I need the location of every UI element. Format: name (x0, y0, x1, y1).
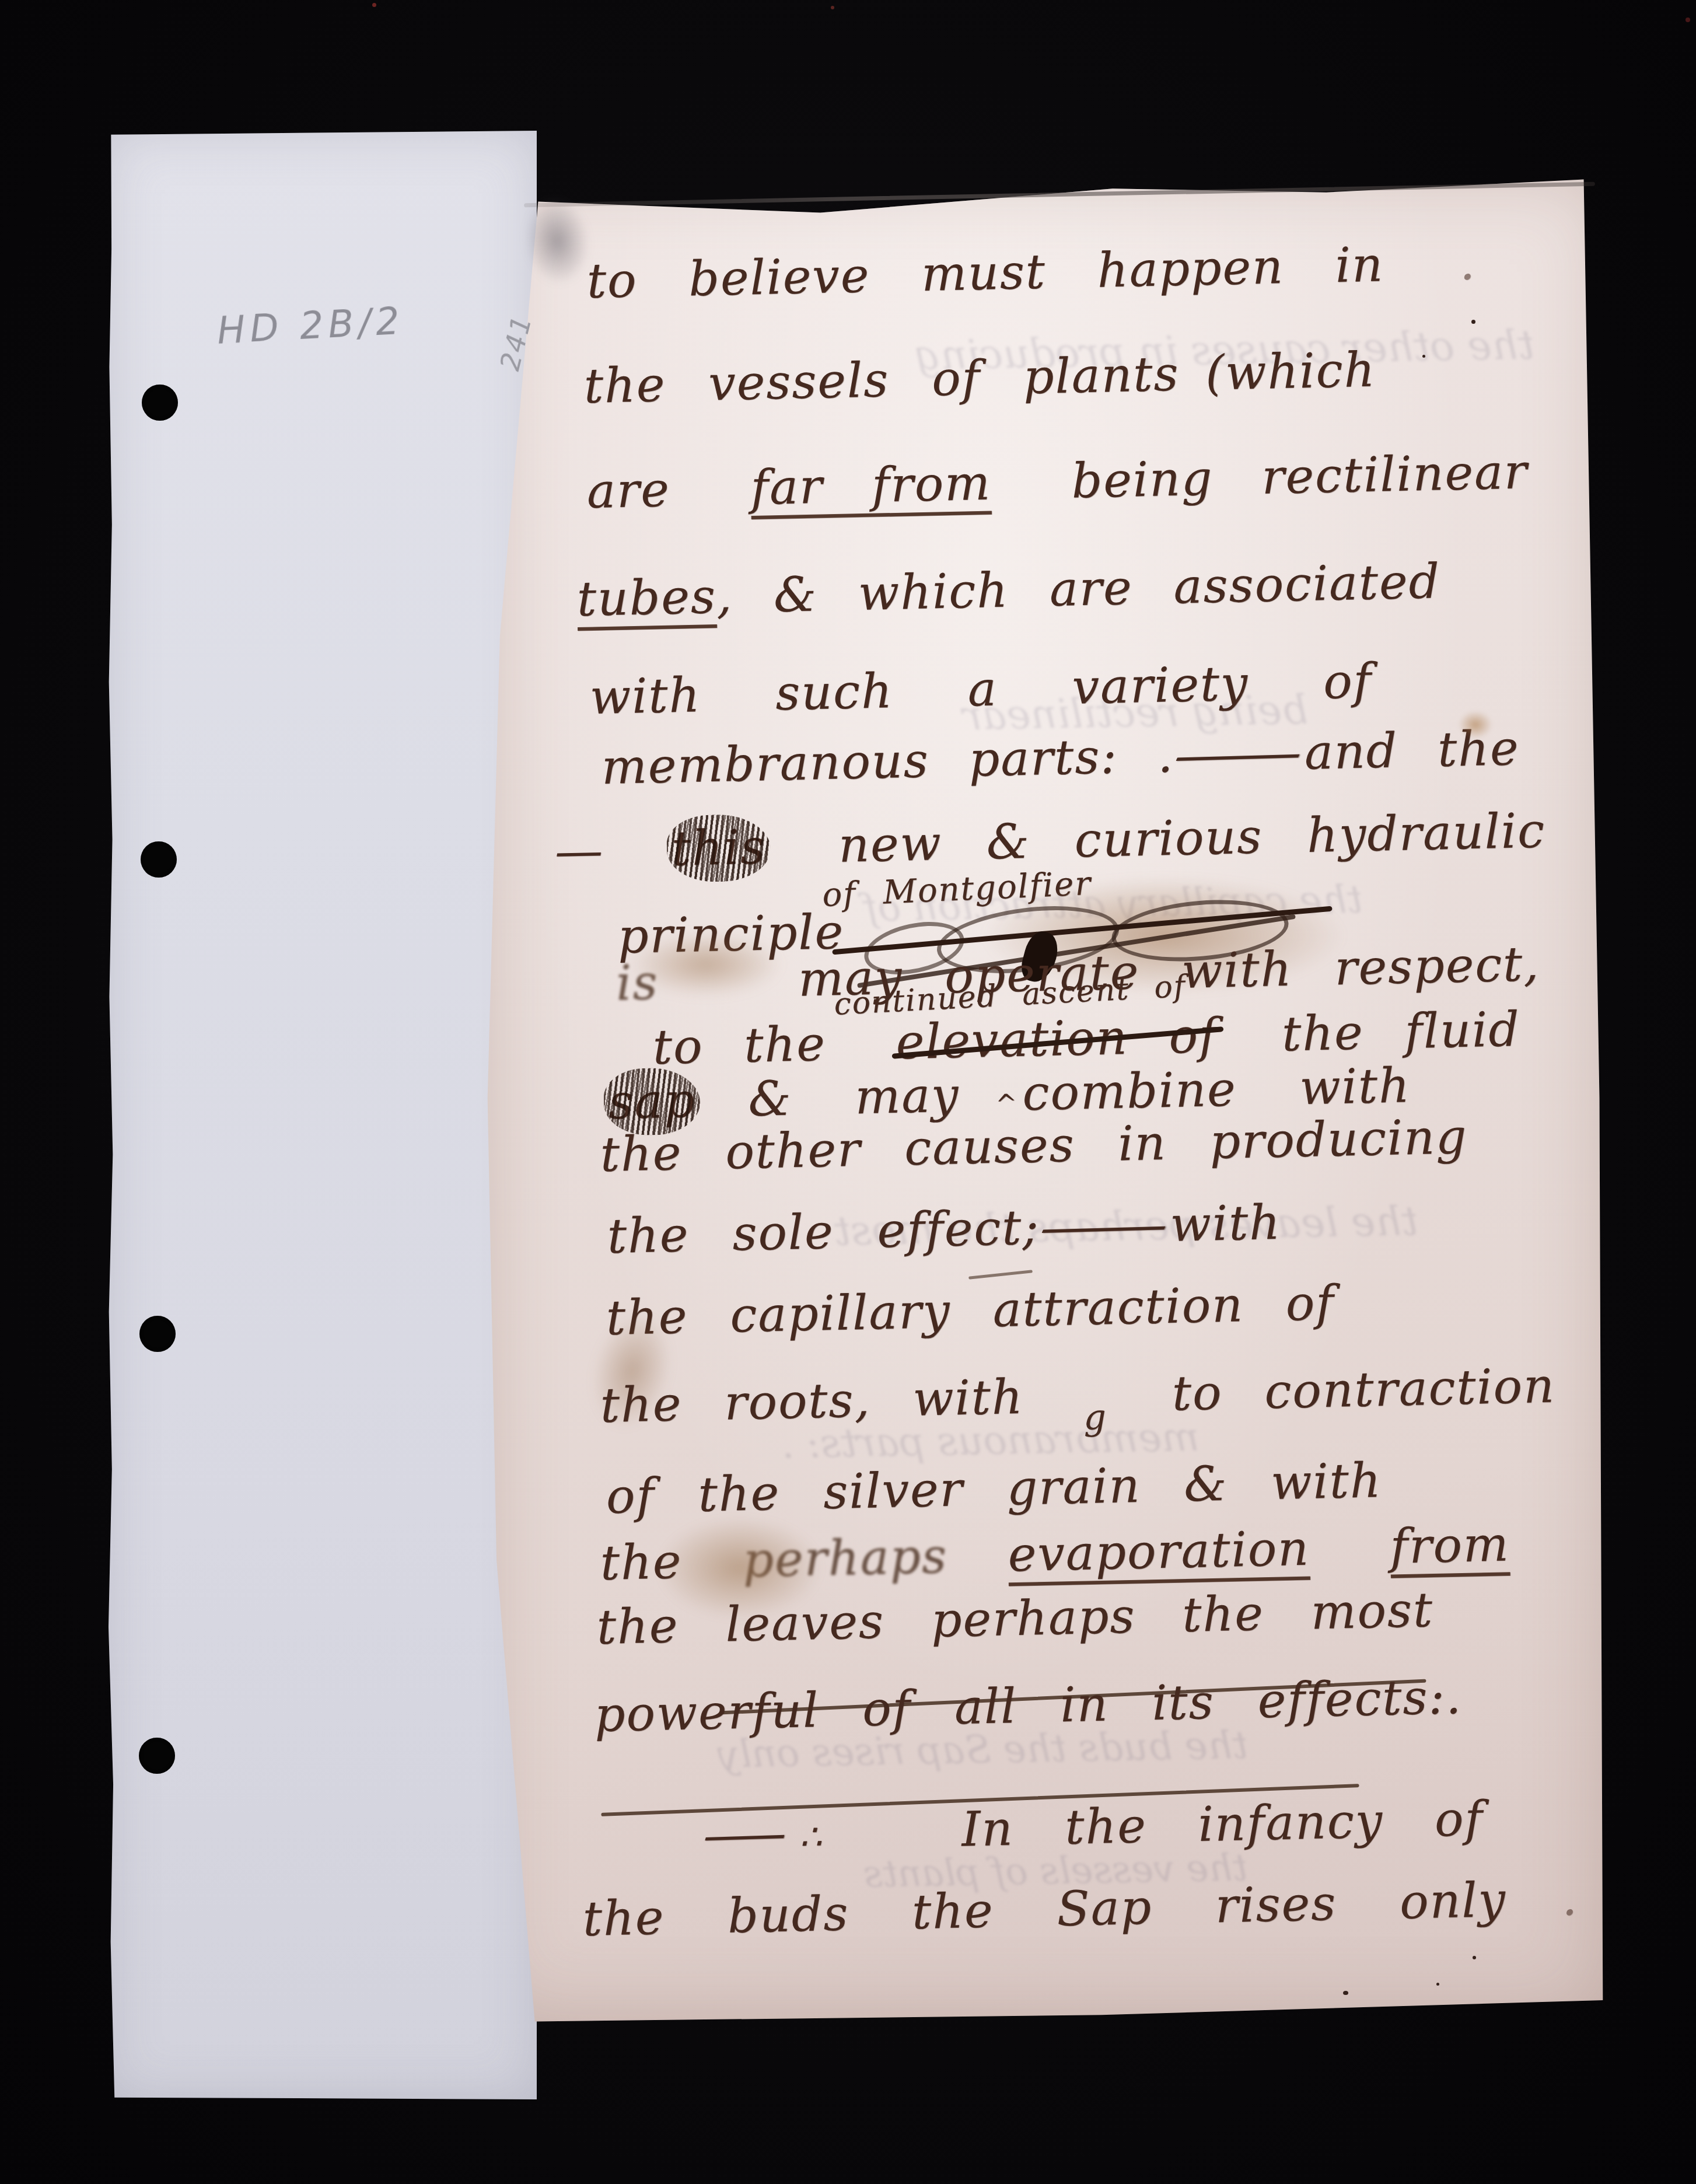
long-dash: — (700, 1805, 791, 1864)
scribbled-out-word: this (671, 819, 767, 876)
underlined-text: from (1390, 1516, 1510, 1574)
line-text: . (1561, 1871, 1579, 1927)
ink-speck (1422, 355, 1425, 358)
therefore-mark: ∴ (799, 1817, 823, 1858)
underlined-text: evaporation (1008, 1521, 1310, 1583)
ink-smudge (1459, 711, 1492, 739)
stray-letter: g (1083, 1397, 1108, 1438)
line-text: are (586, 462, 671, 519)
ink-speck (1471, 320, 1475, 324)
line-text: the roots, with (600, 1369, 1024, 1434)
line-text: being rectilinear (1071, 444, 1529, 509)
punch-hole-4 (139, 1738, 175, 1774)
punch-hole-3 (139, 1316, 176, 1352)
ink-smudge (630, 932, 782, 997)
line-text: to the (652, 1016, 827, 1075)
punch-hole-2 (141, 841, 177, 878)
dust-speck (372, 3, 376, 7)
struck-through-text: elevation of (896, 1008, 1219, 1071)
line-text: to contraction (1172, 1358, 1556, 1422)
ink-speck (1473, 1956, 1476, 1959)
line-text: (which (1205, 343, 1376, 401)
line-text: with (1170, 1195, 1282, 1253)
scribbled-out-word: sap (608, 1073, 696, 1130)
ink-speck (1343, 1991, 1348, 1995)
line-text: In the infancy of (961, 1791, 1484, 1858)
underlined-text: tubes (576, 569, 717, 627)
underlined-text: far from (750, 455, 992, 516)
photograph-stage: HD 2B/2 241 the other causes in producin… (0, 0, 1696, 2184)
line-text: the sole effect; (607, 1200, 1040, 1264)
dust-speck (831, 6, 834, 9)
line-text: the fluid (1281, 1002, 1520, 1063)
dust-speck (1685, 18, 1690, 22)
punch-hole-1 (142, 385, 178, 421)
line-text: . (1459, 235, 1477, 291)
long-dash: — (1169, 725, 1310, 784)
line-text: — (554, 823, 604, 879)
page-corner-stain (519, 193, 595, 289)
archive-backing-sheet (107, 131, 537, 2099)
ink-speck (1436, 1983, 1439, 1986)
long-dash: — (1034, 1197, 1176, 1256)
